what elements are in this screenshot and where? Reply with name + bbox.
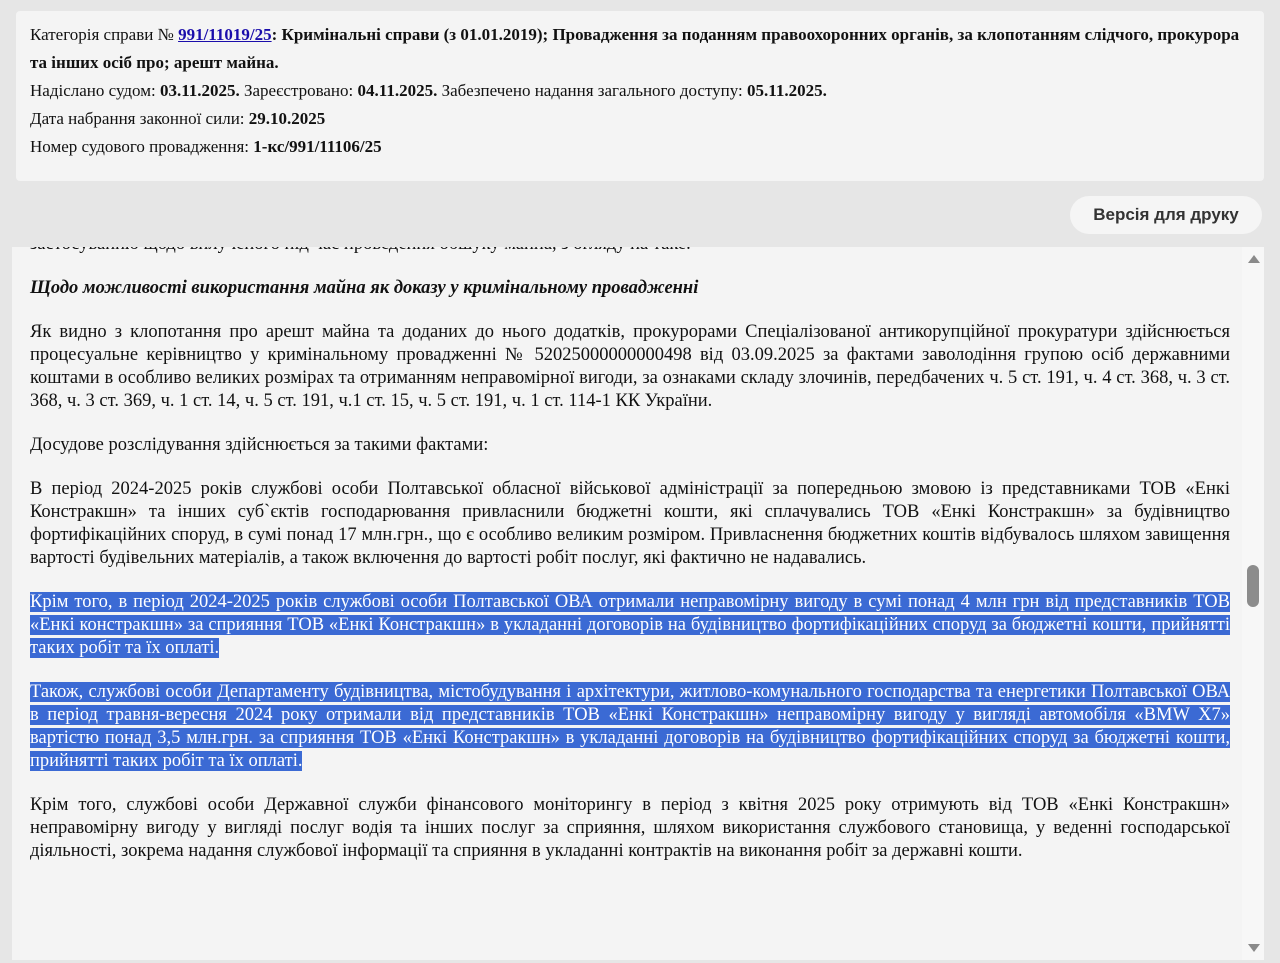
document-content: застосуванню щодо вилученого під час про…	[30, 247, 1230, 884]
proceeding-number-line: Номер судового провадження: 1-кс/991/111…	[30, 133, 1250, 161]
proceeding-label: Номер судового провадження:	[30, 137, 253, 156]
access-date: 05.11.2025.	[747, 81, 827, 100]
document-paragraph: Крім того, службові особи Державної служ…	[30, 794, 1230, 863]
document-paragraph: Досудове розслідування здійснюється за т…	[30, 434, 1230, 457]
case-info-card: Категорія справи № 991/11019/25: Криміна…	[16, 11, 1264, 181]
case-number-link[interactable]: 991/11019/25	[178, 25, 272, 44]
document-paragraph: В період 2024-2025 років службові особи …	[30, 478, 1230, 570]
scrollbar-thumb[interactable]	[1247, 565, 1259, 607]
selected-text: Також, службові особи Департаменту будів…	[30, 682, 1230, 771]
print-version-button[interactable]: Версія для друку	[1070, 196, 1262, 234]
effective-label: Дата набрання законної сили:	[30, 109, 249, 128]
access-label: Забезпечено надання загального доступу:	[437, 81, 747, 100]
scroll-up-arrow-icon[interactable]	[1248, 255, 1260, 263]
registered-label: Зареєстровано:	[240, 81, 358, 100]
effective-date-line: Дата набрання законної сили: 29.10.2025	[30, 105, 1250, 133]
registered-date: 04.11.2025.	[358, 81, 438, 100]
document-paragraph: Також, службові особи Департаменту будів…	[30, 681, 1230, 773]
scroll-down-arrow-icon[interactable]	[1248, 944, 1260, 952]
proceeding-number: 1-кс/991/11106/25	[253, 137, 381, 156]
sent-date: 03.11.2025.	[160, 81, 240, 100]
vertical-scrollbar[interactable]	[1242, 247, 1264, 960]
section-heading: Щодо можливості використання майна як до…	[30, 277, 1230, 300]
case-category-label: Категорія справи №	[30, 25, 178, 44]
case-category-line: Категорія справи № 991/11019/25: Криміна…	[30, 21, 1250, 77]
document-paragraph: Крім того, в період 2024-2025 років служ…	[30, 591, 1230, 660]
sent-label: Надіслано судом:	[30, 81, 160, 100]
case-dates-line: Надіслано судом: 03.11.2025. Зареєстрова…	[30, 77, 1250, 105]
document-text-panel[interactable]: застосуванню щодо вилученого під час про…	[12, 247, 1264, 960]
document-paragraph: Як видно з клопотання про арешт майна та…	[30, 321, 1230, 413]
document-paragraph: застосуванню щодо вилученого під час про…	[30, 247, 1230, 256]
selected-text: Крім того, в період 2024-2025 років служ…	[30, 592, 1230, 658]
effective-date: 29.10.2025	[249, 109, 326, 128]
